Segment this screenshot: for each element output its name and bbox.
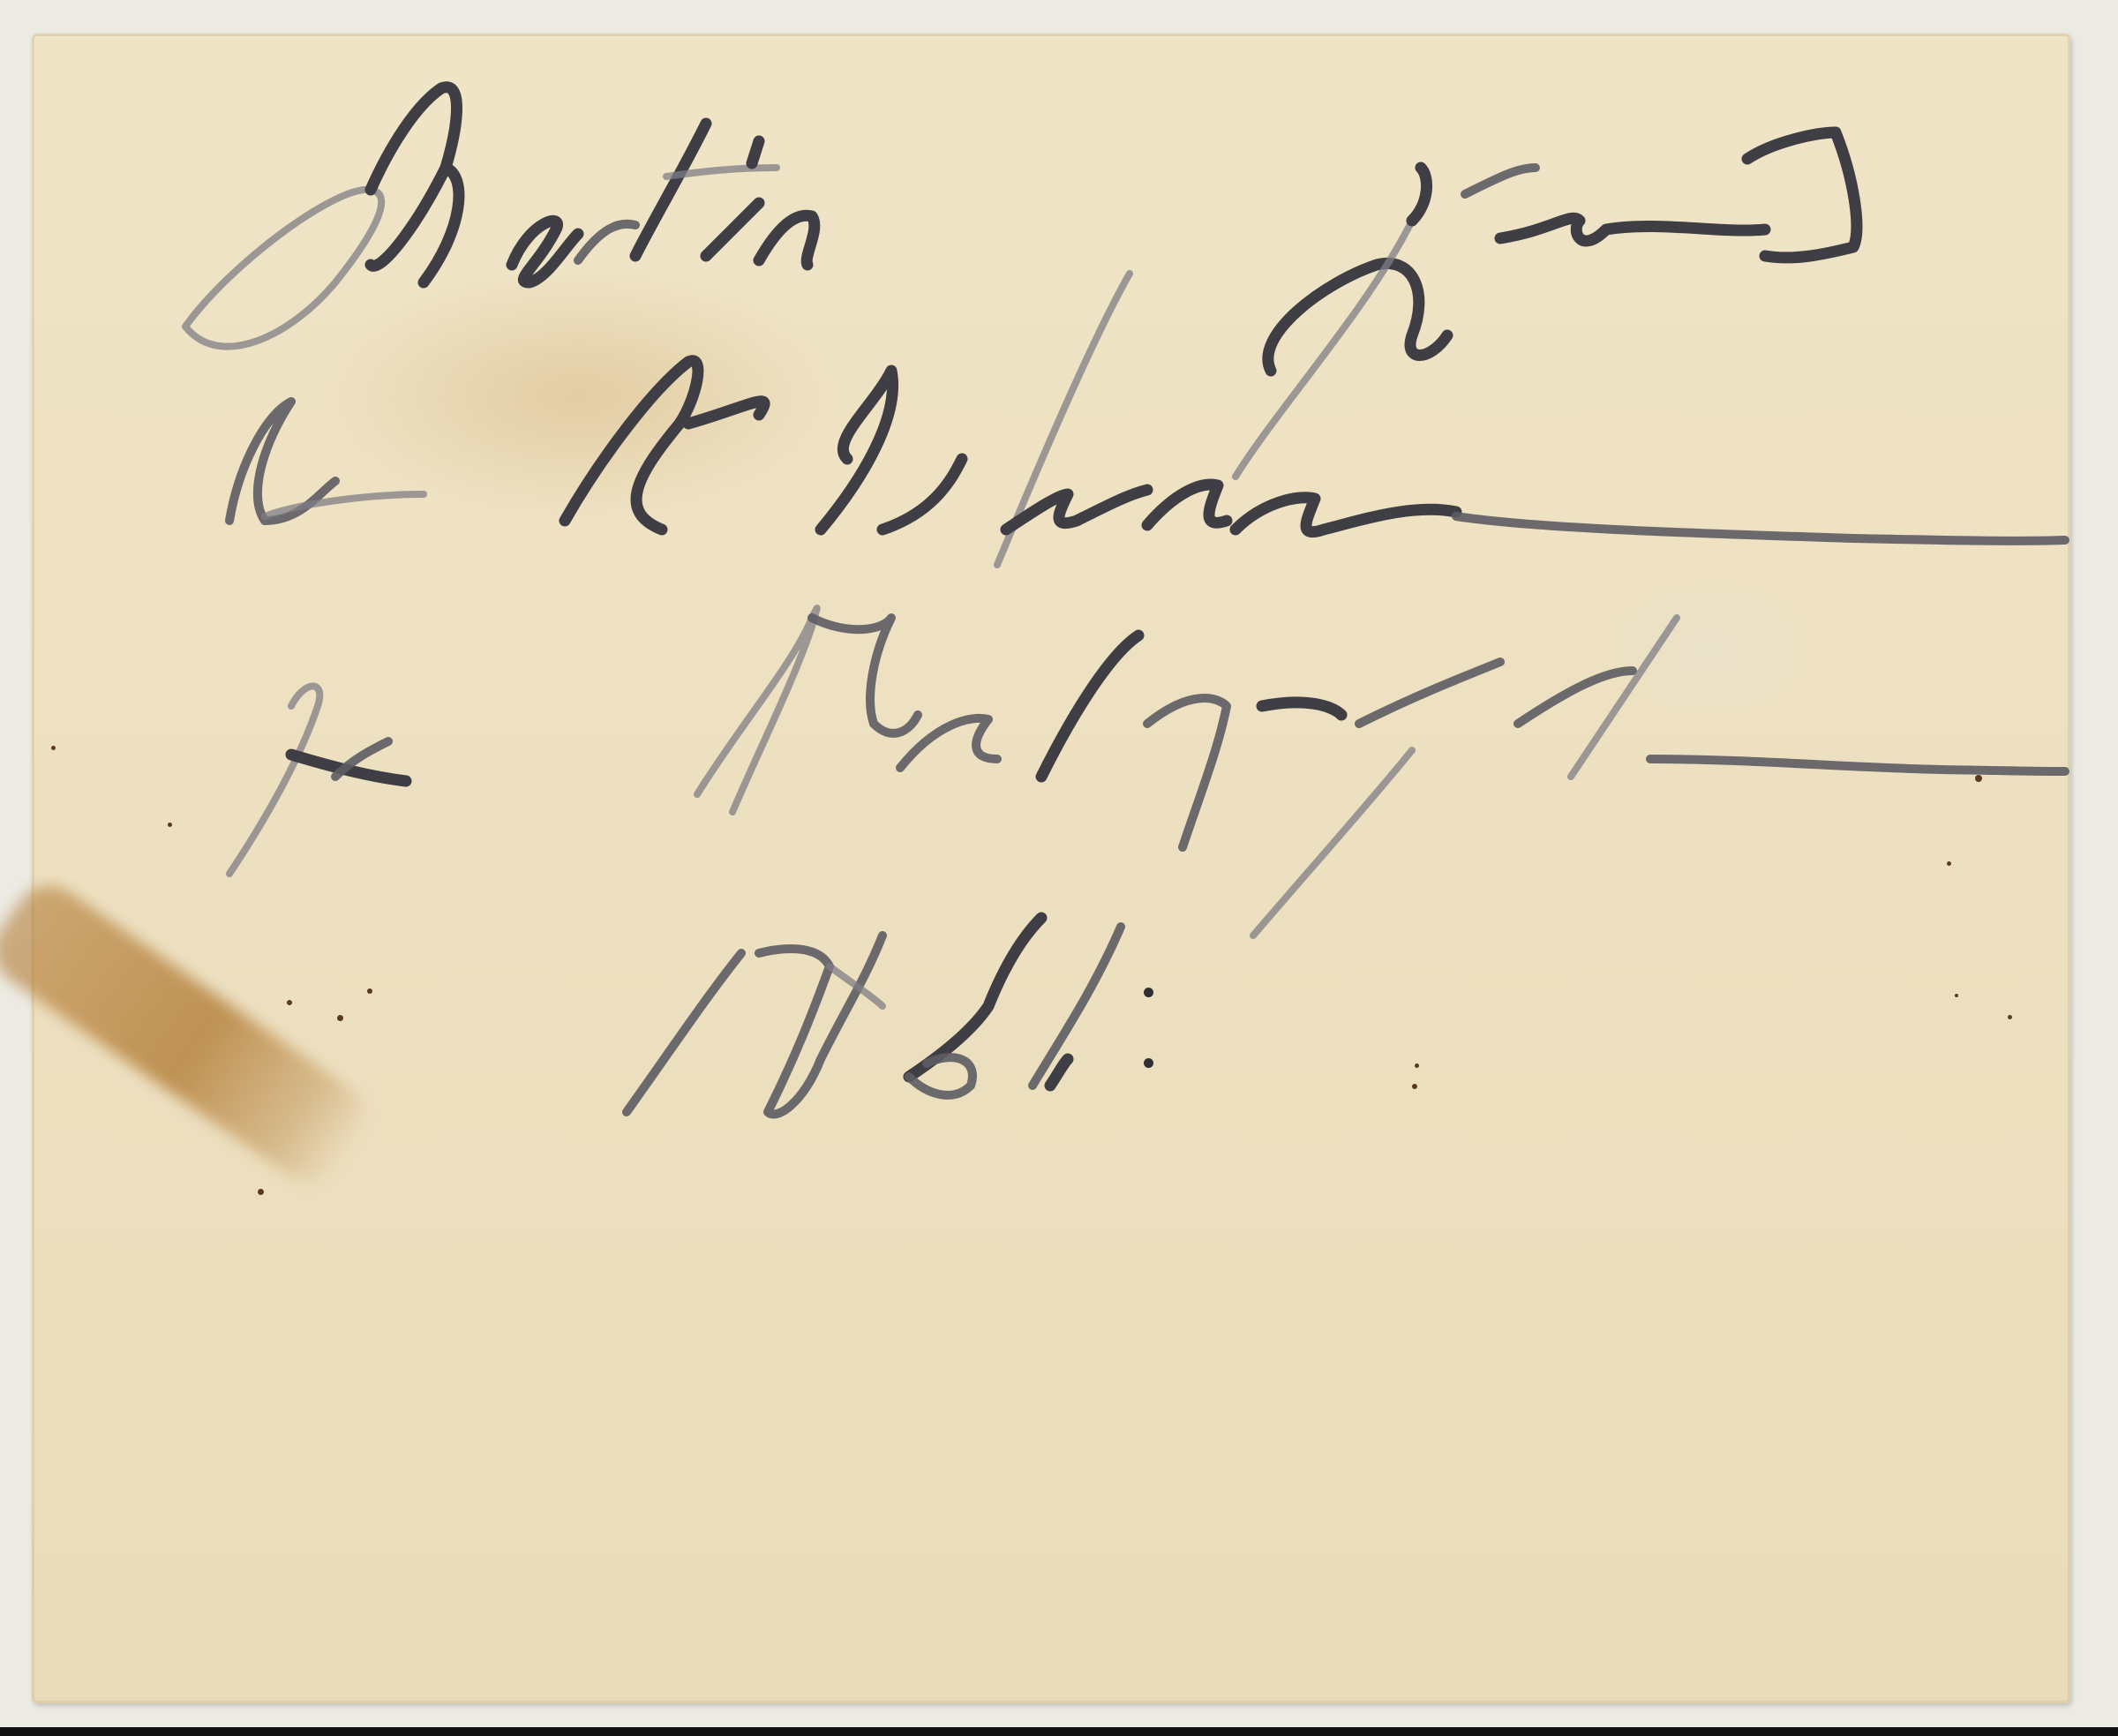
line-4-1861	[627, 918, 1121, 1115]
handwriting-ink	[0, 0, 2118, 1736]
line-2-de-aranza	[229, 274, 2065, 565]
line-3-y-balzola	[229, 608, 2065, 936]
line-1-martin-jose	[185, 87, 1857, 477]
